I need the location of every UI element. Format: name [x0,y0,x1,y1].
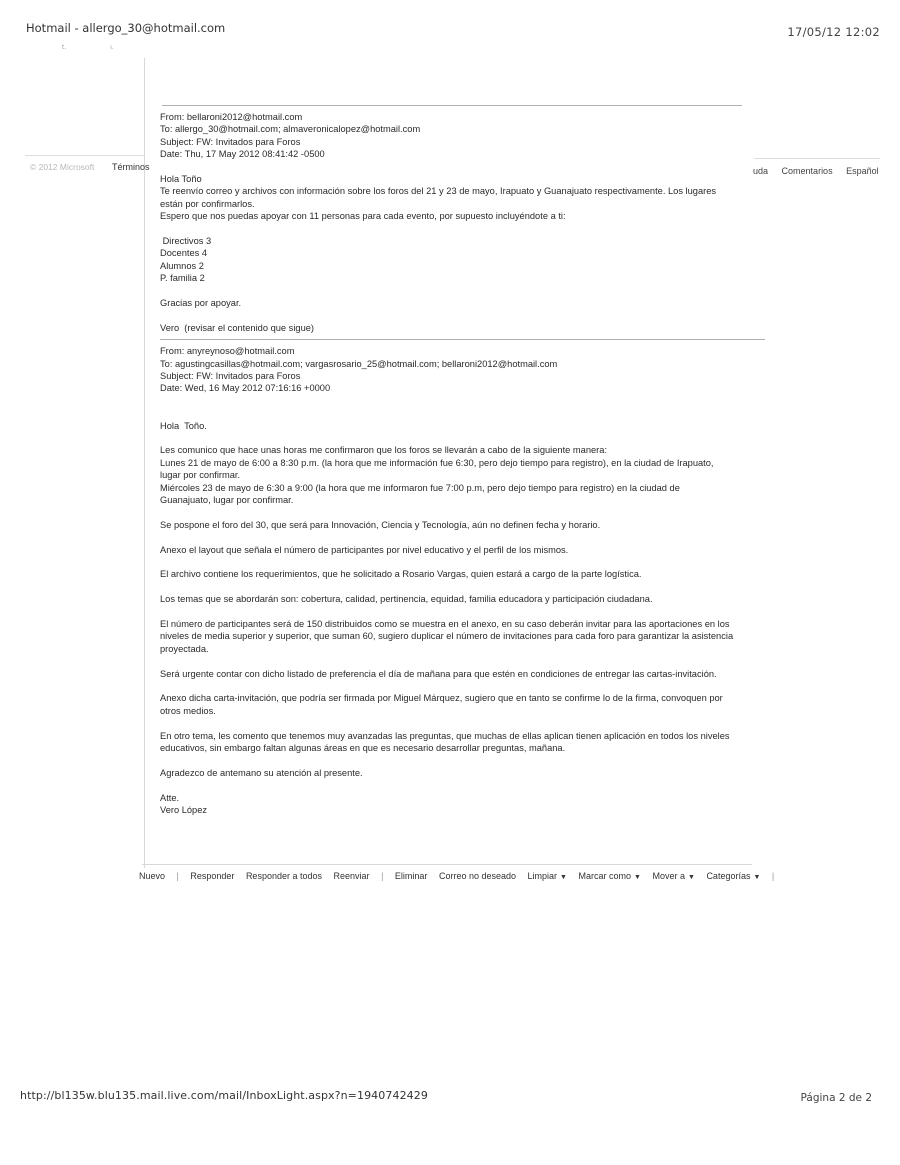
chevron-down-icon: ▼ [634,874,641,881]
mark-as-label: Marcar como [579,871,632,881]
message-separator [160,339,765,340]
message2-date: Date: Wed, 16 May 2012 07:16:16 +0000 [160,382,750,394]
message1-date: Date: Thu, 17 May 2012 08:41:42 -0500 [160,148,750,160]
sweep-menu[interactable]: Limpiar▼ [528,871,567,881]
message1-to: To: allergo_30@hotmail.com; almaveronica… [160,123,750,135]
toolbar-separator: | [381,871,383,881]
categories-label: Categorías [706,871,750,881]
mark-as-menu[interactable]: Marcar como▼ [579,871,641,881]
message2-paragraph: Se pospone el foro del 30, que será para… [160,519,750,531]
message2-subject: Subject: FW: Invitados para Foros [160,370,750,382]
reply-all-button[interactable]: Responder a todos [246,871,322,881]
message1-body2: Espero que nos puedas apoyar con 11 pers… [160,210,750,222]
move-to-label: Mover a [652,871,685,881]
print-footer-url: http://bl135w.blu135.mail.live.com/mail/… [20,1089,428,1102]
categories-menu[interactable]: Categorías▼ [706,871,760,881]
message2-miercoles: Miércoles 23 de mayo de 6:30 a 9:00 (la … [160,482,725,507]
message2-paragraph: Será urgente contar con dicho listado de… [160,668,750,680]
feedback-link[interactable]: Comentarios [782,166,833,176]
message2-paragraph: Los temas que se abordarán son: cobertur… [160,593,750,605]
list-item: Docentes 4 [160,247,750,259]
message2-paragraph: El número de participantes será de 150 d… [160,618,745,655]
message2-paragraph: Anexo el layout que señala el número de … [160,544,750,556]
message1-body1: Te reenvío correo y archivos con informa… [160,185,740,210]
chevron-down-icon: ▼ [688,874,695,881]
message2-paragraph: El archivo contiene los requerimientos, … [160,568,750,580]
right-footer-links: uda Comentarios Español [753,166,890,176]
message1-from: From: bellaroni2012@hotmail.com [160,111,750,123]
print-header-datetime: 17/05/12 12:02 [787,25,880,39]
message-toolbar: Nuevo | Responder Responder a todos Reen… [139,871,783,881]
print-header-title: Hotmail - allergo_30@hotmail.com [26,21,225,35]
list-item: Alumnos 2 [160,260,750,272]
message1-subject: Subject: FW: Invitados para Foros [160,136,750,148]
delete-button[interactable]: Eliminar [395,871,428,881]
message2-intro: Les comunico que hace unas horas me conf… [160,444,750,456]
right-footer-divider [754,158,880,159]
reading-pane-bottom-border [142,864,752,865]
message2-from: From: anyreynoso@hotmail.com [160,345,750,357]
message1-thanks: Gracias por apoyar. [160,297,750,309]
left-footer-divider [25,155,145,156]
message2-greeting: Hola Toño. [160,420,750,432]
list-item: Directivos 3 [160,235,750,247]
terms-link[interactable]: Términos [112,162,150,172]
forward-button[interactable]: Reenviar [334,871,370,881]
message2-lunes: Lunes 21 de mayo de 6:00 a 8:30 p.m. (la… [160,457,720,482]
message2-paragraph: Agradezco de antemano su atención al pre… [160,767,750,779]
toolbar-separator: | [177,871,179,881]
message1-signature: Vero (revisar el contenido que sigue) [160,322,750,334]
chevron-down-icon: ▼ [753,874,760,881]
reply-button[interactable]: Responder [190,871,234,881]
message-separator [162,105,742,106]
scan-specks: t.ı. [62,44,158,51]
message2-paragraph: En otro tema, les comento que tenemos mu… [160,730,745,755]
new-button[interactable]: Nuevo [139,871,165,881]
toolbar-separator: | [772,871,774,881]
print-footer-page-number: Página 2 de 2 [801,1092,872,1104]
chevron-down-icon: ▼ [560,874,567,881]
help-link[interactable]: uda [753,166,768,176]
email-body: From: bellaroni2012@hotmail.com To: alle… [160,105,750,816]
list-item: P. familia 2 [160,272,750,284]
message1-greeting: Hola Toño [160,173,750,185]
message2-closing: Atte. [160,792,750,804]
junk-button[interactable]: Correo no deseado [439,871,516,881]
copyright-text: © 2012 Microsoft [30,162,94,172]
message2-paragraph: Anexo dicha carta-invitación, que podría… [160,692,745,717]
message2-signature: Vero López [160,804,750,816]
language-link[interactable]: Español [846,166,879,176]
left-pane-border [144,58,145,868]
move-to-menu[interactable]: Mover a▼ [652,871,694,881]
sweep-label: Limpiar [528,871,558,881]
message2-to: To: agustingcasillas@hotmail.com; vargas… [160,358,750,370]
